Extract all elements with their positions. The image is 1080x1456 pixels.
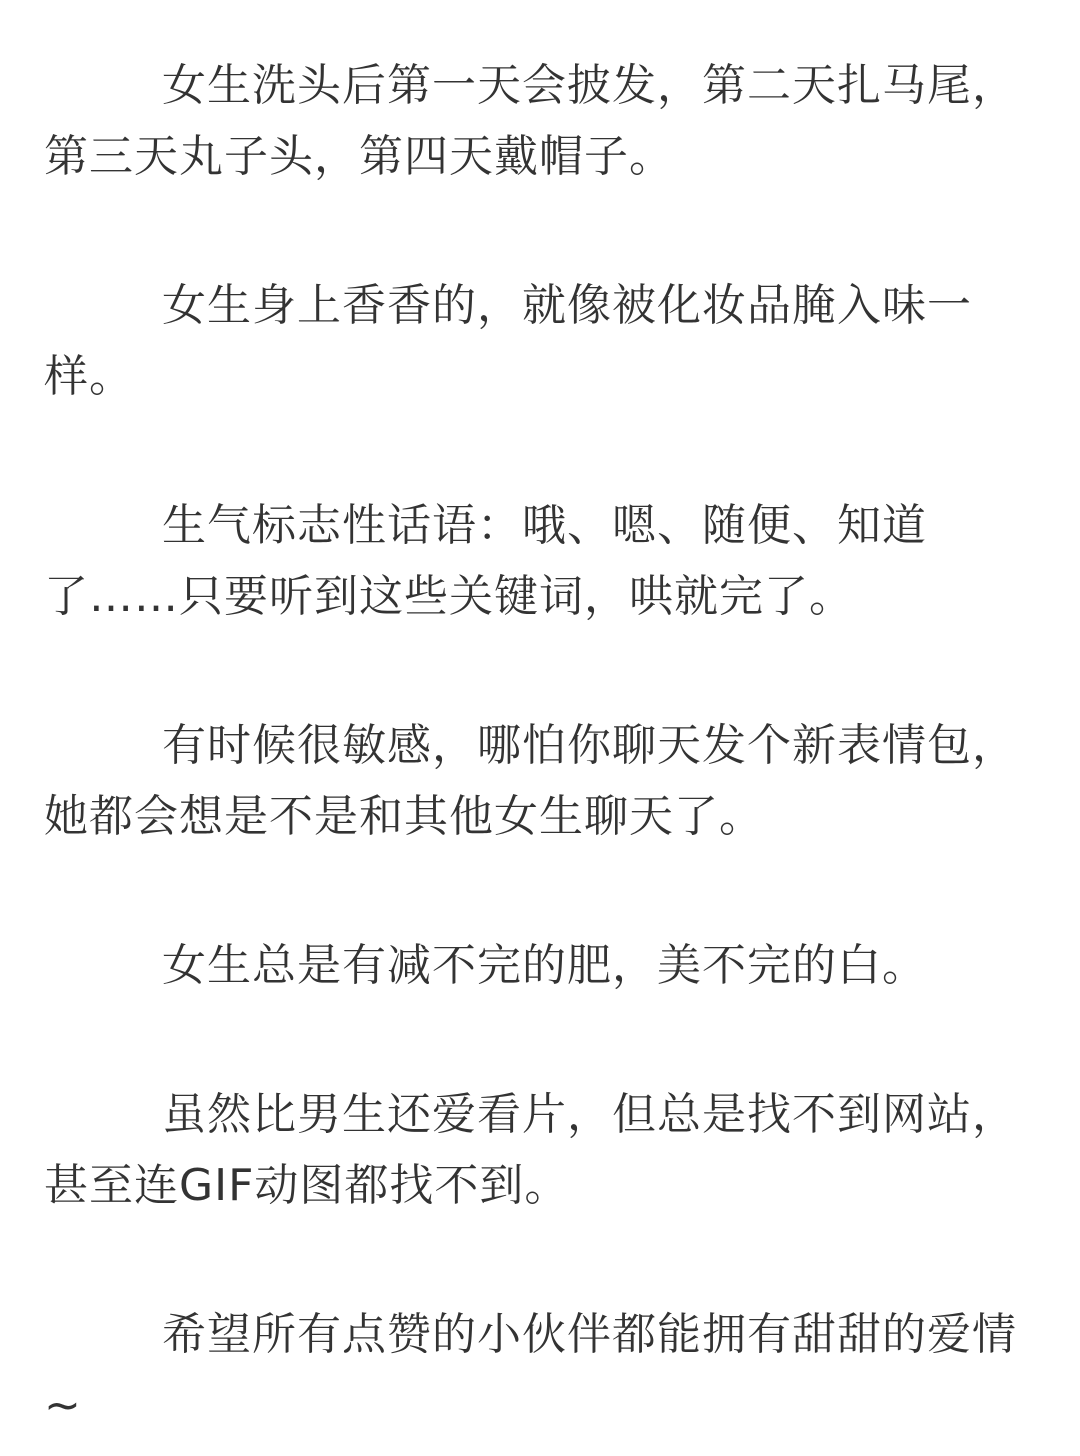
paragraph-closing-wish: 希望所有点赞的小伙伴都能拥有甜甜的爱情~ [44,1299,1034,1441]
paragraph-diet: 女生总是有减不完的肥，美不完的白。 [44,930,1034,1001]
paragraph-sensitive: 有时候很敏感，哪怕你聊天发个新表情包，她都会想是不是和其他女生聊天了。 [44,710,1034,852]
article-body: 女生洗头后第一天会披发，第二天扎马尾，第三天丸子头，第四天戴帽子。 女生身上香香… [44,50,1034,1441]
paragraph-hair-routine: 女生洗头后第一天会披发，第二天扎马尾，第三天丸子头，第四天戴帽子。 [44,50,1034,192]
paragraph-angry-words: 生气标志性话语：哦、嗯、随便、知道了……只要听到这些关键词，哄就完了。 [44,490,1034,632]
paragraph-fragrance: 女生身上香香的，就像被化妆品腌入味一样。 [44,270,1034,412]
paragraph-movies: 虽然比男生还爱看片，但总是找不到网站，甚至连GIF动图都找不到。 [44,1079,1034,1221]
